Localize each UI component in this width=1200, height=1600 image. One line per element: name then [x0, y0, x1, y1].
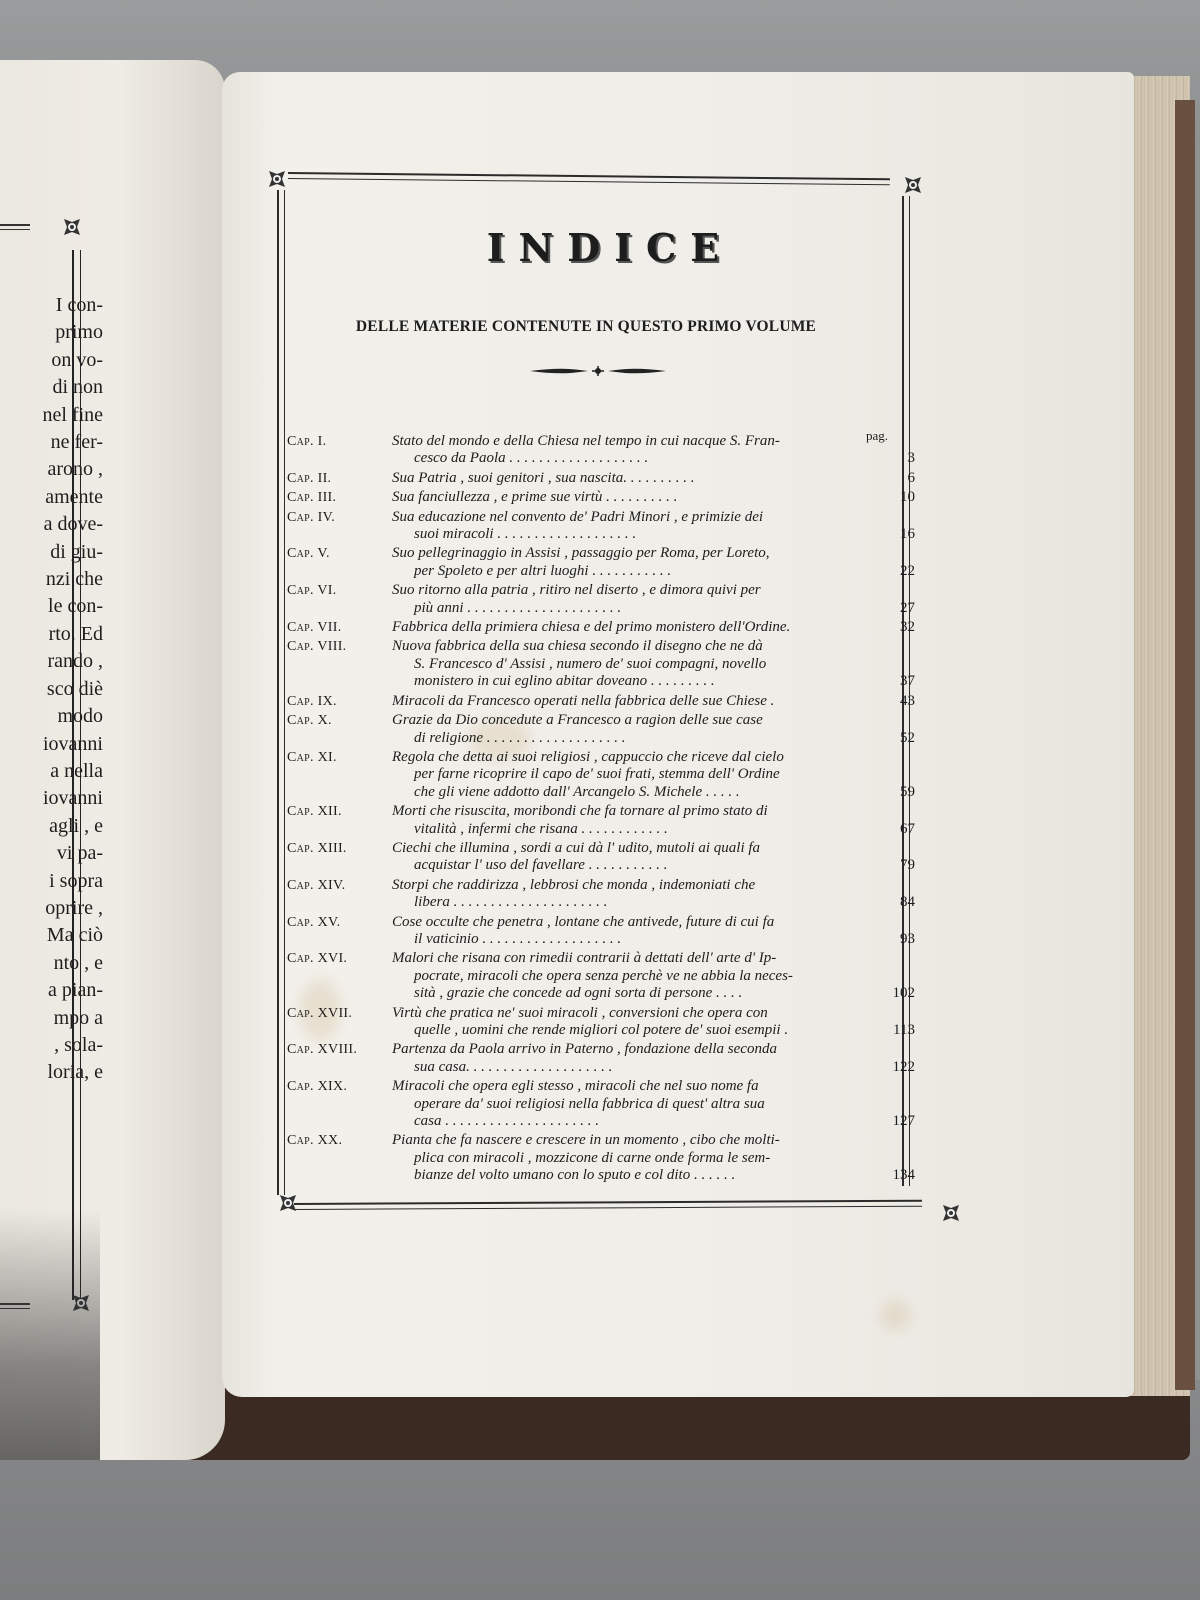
left-page-line: modo — [0, 703, 103, 730]
page-number: 27 — [875, 600, 915, 617]
toc-entry: Cap. III.Sua fanciullezza , e prime sue … — [287, 489, 907, 506]
left-page-line: di giu- — [0, 539, 103, 566]
index-subtitle: DELLE MATERIE CONTENUTE IN QUESTO PRIMO … — [0, 318, 1172, 336]
chapter-description: Storpi che raddirizza , lebbrosi che mon… — [392, 877, 907, 912]
toc-entry: Cap. X.Grazie da Dio concedute a Frances… — [287, 712, 907, 747]
description-line: Grazie da Dio concedute a Francesco a ra… — [392, 712, 899, 729]
left-page-line: le con- — [0, 593, 103, 620]
toc-entry: Cap. XX.Pianta che fa nascere e crescere… — [287, 1132, 907, 1184]
left-frame-right-rule — [72, 250, 81, 1300]
description-line: casa . . . . . . . . . . . . . . . . . .… — [392, 1113, 899, 1130]
page-number: 6 — [875, 470, 915, 487]
left-page-line: I con- — [0, 292, 103, 319]
description-line: acquistar l' uso del favellare . . . . .… — [392, 857, 899, 874]
chapter-description: Virtù che pratica ne' suoi miracoli , co… — [392, 1005, 907, 1040]
left-page-line: a nella — [0, 758, 103, 785]
chapter-number: Cap. XX. — [287, 1132, 392, 1184]
left-page-line: vi pa- — [0, 840, 103, 867]
page-number: 59 — [875, 784, 915, 801]
description-line: sua casa. . . . . . . . . . . . . . . . … — [392, 1059, 899, 1076]
page-number: 127 — [875, 1113, 915, 1130]
description-line: vitalità , infermi che risana . . . . . … — [392, 821, 899, 838]
left-page-line: , sola- — [0, 1032, 103, 1059]
corner-ornament-icon — [266, 168, 288, 190]
toc-entry: Cap. VII.Fabbrica della primiera chiesa … — [287, 619, 907, 636]
book-cover-edge — [1175, 100, 1195, 1390]
description-line: Partenza da Paola arrivo in Paterno , fo… — [392, 1041, 899, 1058]
chapter-number: Cap. XIII. — [287, 840, 392, 875]
chapter-description: Fabbrica della primiera chiesa e del pri… — [392, 619, 907, 636]
description-line: di religione . . . . . . . . . . . . . .… — [392, 730, 899, 747]
chapter-number: Cap. XIV. — [287, 877, 392, 912]
description-line: quelle , uomini che rende migliori col p… — [392, 1022, 899, 1039]
corner-ornament-icon — [277, 1192, 299, 1214]
chapter-number: Cap. XII. — [287, 803, 392, 838]
page-number: 37 — [875, 673, 915, 690]
description-line: Suo ritorno alla patria , ritiro nel dis… — [392, 582, 899, 599]
description-line: sità , grazie che concede ad ogni sorta … — [392, 985, 899, 1002]
toc-entry: Cap. XV.Cose occulte che penetra , lonta… — [287, 914, 907, 949]
left-page-line: di non — [0, 374, 103, 401]
left-page-line: sco diè — [0, 676, 103, 703]
description-line: suoi miracoli . . . . . . . . . . . . . … — [392, 526, 899, 543]
chapter-number: Cap. IX. — [287, 693, 392, 710]
chapter-description: Cose occulte che penetra , lontane che a… — [392, 914, 907, 949]
description-line: Nuova fabbrica della sua chiesa secondo … — [392, 638, 899, 655]
description-line: più anni . . . . . . . . . . . . . . . .… — [392, 600, 899, 617]
description-line: Ciechi che illumina , sordi a cui dà l' … — [392, 840, 899, 857]
left-page-line: nel fine — [0, 402, 103, 429]
chapter-number: Cap. IV. — [287, 509, 392, 544]
toc-entry: Cap. VI.Suo ritorno alla patria , ritiro… — [287, 582, 907, 617]
left-page-line: loria, e — [0, 1059, 103, 1086]
chapter-description: Regola che detta ai suoi religiosi , cap… — [392, 749, 907, 801]
page-number: 32 — [875, 619, 915, 636]
shadow — [0, 1210, 100, 1460]
description-line: cesco da Paola . . . . . . . . . . . . .… — [392, 450, 899, 467]
chapter-description: Stato del mondo e della Chiesa nel tempo… — [392, 433, 907, 468]
description-line: Sua Patria , suoi genitori , sua nascita… — [392, 470, 899, 487]
left-page-text: I con-primoon vo-di nonnel finene fer-ar… — [0, 292, 103, 1087]
chapter-number: Cap. III. — [287, 489, 392, 506]
description-line: il vaticinio . . . . . . . . . . . . . .… — [392, 931, 899, 948]
toc-entry: Cap. VIII.Nuova fabbrica della sua chies… — [287, 638, 907, 690]
description-line: Cose occulte che penetra , lontane che a… — [392, 914, 899, 931]
chapter-number: Cap. XVII. — [287, 1005, 392, 1040]
toc-entry: Cap. IX.Miracoli da Francesco operati ne… — [287, 693, 907, 710]
chapter-description: Morti che risuscita, moribondi che fa to… — [392, 803, 907, 838]
description-line: Miracoli che opera egli stesso , miracol… — [392, 1078, 899, 1095]
chapter-description: Suo ritorno alla patria , ritiro nel dis… — [392, 582, 907, 617]
left-page-line: amente — [0, 484, 103, 511]
chapter-description: Miracoli che opera egli stesso , miracol… — [392, 1078, 907, 1130]
page-number: 134 — [875, 1167, 915, 1184]
toc-entry: Cap. XIX.Miracoli che opera egli stesso … — [287, 1078, 907, 1130]
description-line: Regola che detta ai suoi religiosi , cap… — [392, 749, 899, 766]
left-page-line: oprire , — [0, 895, 103, 922]
toc-entry: Cap. IV.Sua educazione nel convento de' … — [287, 509, 907, 544]
corner-ornament-icon — [902, 174, 924, 196]
foxing-stain — [880, 1300, 910, 1330]
page-number: 113 — [875, 1022, 915, 1039]
description-line: Miracoli da Francesco operati nella fabb… — [392, 693, 899, 710]
corner-ornament-icon — [940, 1202, 962, 1224]
description-line: bianze del volto umano con lo sputo e co… — [392, 1167, 899, 1184]
chapter-description: Sua educazione nel convento de' Padri Mi… — [392, 509, 907, 544]
description-line: operare da' suoi religiosi nella fabbric… — [392, 1096, 899, 1113]
chapter-number: Cap. XVIII. — [287, 1041, 392, 1076]
chapter-number: Cap. X. — [287, 712, 392, 747]
toc-entry: Cap. XII.Morti che risuscita, moribondi … — [287, 803, 907, 838]
page-number: 84 — [875, 894, 915, 911]
page-number: 10 — [875, 489, 915, 506]
chapter-number: Cap. XV. — [287, 914, 392, 949]
description-line: Sua educazione nel convento de' Padri Mi… — [392, 509, 899, 526]
chapter-number: Cap. XIX. — [287, 1078, 392, 1130]
chapter-number: Cap. II. — [287, 470, 392, 487]
chapter-description: Sua fanciullezza , e prime sue virtù . .… — [392, 489, 907, 506]
left-page-line: iovanni — [0, 731, 103, 758]
description-line: pocrate, miracoli che opera senza perchè… — [392, 968, 899, 985]
page-number: 67 — [875, 821, 915, 838]
description-line: Stato del mondo e della Chiesa nel tempo… — [392, 433, 899, 450]
left-page: I con-primoon vo-di nonnel finene fer-ar… — [0, 60, 225, 1460]
description-line: Morti che risuscita, moribondi che fa to… — [392, 803, 899, 820]
page-number: 16 — [875, 526, 915, 543]
chapter-description: Suo pellegrinaggio in Assisi , passaggio… — [392, 545, 907, 580]
left-page-line: a pian- — [0, 977, 103, 1004]
toc-entry: Cap. XVI.Malori che risana con rimedii c… — [287, 950, 907, 1002]
description-line: Suo pellegrinaggio in Assisi , passaggio… — [392, 545, 899, 562]
toc-entry: Cap. XIII.Ciechi che illumina , sordi a … — [287, 840, 907, 875]
left-page-line: arono , — [0, 456, 103, 483]
description-line: che gli viene addotto dall' Arcangelo S.… — [392, 784, 899, 801]
flourish-divider-icon — [530, 364, 666, 376]
chapter-number: Cap. I. — [287, 433, 392, 468]
frame-left-rule — [277, 190, 285, 1195]
toc-entry: Cap. II.Sua Patria , suoi genitori , sua… — [287, 470, 907, 487]
chapter-number: Cap. V. — [287, 545, 392, 580]
page-number: 22 — [875, 563, 915, 580]
description-line: S. Francesco d' Assisi , numero de' suoi… — [392, 656, 899, 673]
page-number: 93 — [875, 931, 915, 948]
page-number: 43 — [875, 693, 915, 710]
left-page-line: a dove- — [0, 511, 103, 538]
chapter-description: Nuova fabbrica della sua chiesa secondo … — [392, 638, 907, 690]
chapter-description: Pianta che fa nascere e crescere in un m… — [392, 1132, 907, 1184]
left-page-line: ne fer- — [0, 429, 103, 456]
page-number: 52 — [875, 730, 915, 747]
description-line: libera . . . . . . . . . . . . . . . . .… — [392, 894, 899, 911]
description-line: per Spoleto e per altri luoghi . . . . .… — [392, 563, 899, 580]
page-number: 102 — [875, 985, 915, 1002]
description-line: Virtù che pratica ne' suoi miracoli , co… — [392, 1005, 899, 1022]
index-title: INDICE — [0, 225, 1200, 270]
chapter-number: Cap. XI. — [287, 749, 392, 801]
chapter-description: Miracoli da Francesco operati nella fabb… — [392, 693, 907, 710]
left-page-line: nzi che — [0, 566, 103, 593]
chapter-number: Cap. XVI. — [287, 950, 392, 1002]
left-page-line: on vo- — [0, 347, 103, 374]
table-of-contents: Cap. I.Stato del mondo e della Chiesa ne… — [287, 433, 907, 1187]
description-line: Fabbrica della primiera chiesa e del pri… — [392, 619, 899, 636]
toc-entry: Cap. XIV.Storpi che raddirizza , lebbros… — [287, 877, 907, 912]
chapter-number: Cap. VII. — [287, 619, 392, 636]
description-line: monistero in cui eglino abitar doveano .… — [392, 673, 899, 690]
chapter-description: Malori che risana con rimedii contrarii … — [392, 950, 907, 1002]
left-page-line: i sopra — [0, 868, 103, 895]
description-line: Storpi che raddirizza , lebbrosi che mon… — [392, 877, 899, 894]
description-line: Sua fanciullezza , e prime sue virtù . .… — [392, 489, 899, 506]
page-number: 3 — [875, 450, 915, 467]
description-line: Malori che risana con rimedii contrarii … — [392, 950, 899, 967]
left-page-line: rto. Ed — [0, 621, 103, 648]
chapter-description: Grazie da Dio concedute a Francesco a ra… — [392, 712, 907, 747]
chapter-description: Partenza da Paola arrivo in Paterno , fo… — [392, 1041, 907, 1076]
page-number: 122 — [875, 1059, 915, 1076]
toc-entry: Cap. I.Stato del mondo e della Chiesa ne… — [287, 433, 907, 468]
toc-entry: Cap. XVIII.Partenza da Paola arrivo in P… — [287, 1041, 907, 1076]
description-line: per farne ricoprire il capo de' suoi fra… — [392, 766, 899, 783]
left-page-line: rando , — [0, 648, 103, 675]
toc-entry: Cap. XI.Regola che detta ai suoi religio… — [287, 749, 907, 801]
left-page-line: Ma ciò — [0, 922, 103, 949]
page-number: 79 — [875, 857, 915, 874]
toc-entry: Cap. XVII.Virtù che pratica ne' suoi mir… — [287, 1005, 907, 1040]
left-page-line: nto , e — [0, 950, 103, 977]
chapter-description: Ciechi che illumina , sordi a cui dà l' … — [392, 840, 907, 875]
description-line: Pianta che fa nascere e crescere in un m… — [392, 1132, 899, 1149]
chapter-number: Cap. VI. — [287, 582, 392, 617]
left-page-line: iovanni — [0, 785, 103, 812]
chapter-number: Cap. VIII. — [287, 638, 392, 690]
left-page-line: agli , e — [0, 813, 103, 840]
chapter-description: Sua Patria , suoi genitori , sua nascita… — [392, 470, 907, 487]
left-page-line: mpo a — [0, 1005, 103, 1032]
toc-entry: Cap. V.Suo pellegrinaggio in Assisi , pa… — [287, 545, 907, 580]
description-line: plica con miracoli , mozzicone di carne … — [392, 1150, 899, 1167]
